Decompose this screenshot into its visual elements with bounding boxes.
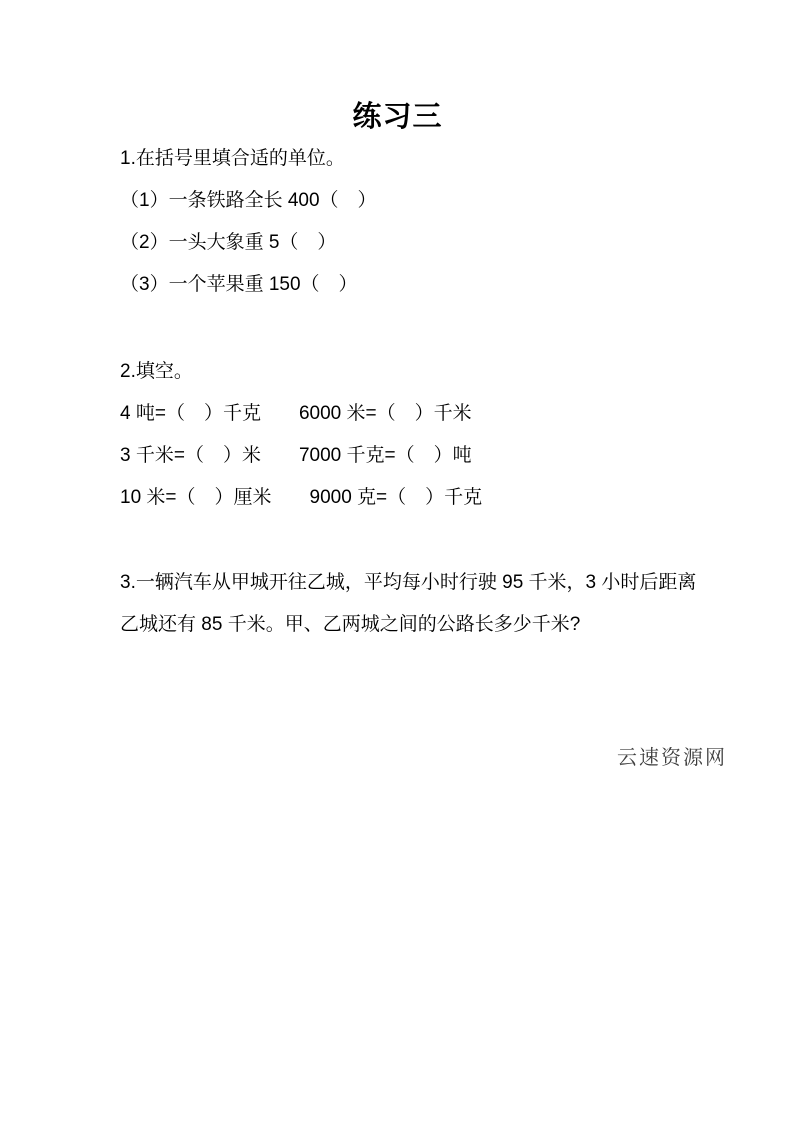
question-3-line-1: 3.一辆汽车从甲城开往乙城，平均每小时行驶 95 千米，3 小时后距离 — [120, 562, 675, 604]
section-fill-units: 1.在括号里填合适的单位。 （1）一条铁路全长 400（ ） （2）一头大象重 … — [120, 138, 675, 306]
question-1-2: （2）一头大象重 5（ ） — [120, 222, 675, 264]
section-word-problem: 3.一辆汽车从甲城开往乙城，平均每小时行驶 95 千米，3 小时后距离 乙城还有… — [120, 562, 675, 646]
question-1-1: （1）一条铁路全长 400（ ） — [120, 180, 675, 222]
worksheet-page: 练习三 1.在括号里填合适的单位。 （1）一条铁路全长 400（ ） （2）一头… — [0, 0, 793, 1122]
page-title: 练习三 — [120, 96, 675, 138]
section-2-heading: 2.填空。 — [120, 351, 675, 393]
question-1-3: （3）一个苹果重 150（ ） — [120, 264, 675, 306]
question-2-2: 3 千米=（ ）米 7000 千克=（ ）吨 — [120, 435, 675, 477]
question-2-1: 4 吨=（ ）千克 6000 米=（ ）千米 — [120, 393, 675, 435]
section-fill-blanks: 2.填空。 4 吨=（ ）千克 6000 米=（ ）千米 3 千米=（ ）米 7… — [120, 351, 675, 519]
question-2-3: 10 米=（ ）厘米 9000 克=（ ）千克 — [120, 477, 675, 519]
question-3-line-2: 乙城还有 85 千米。甲、乙两城之间的公路长多少千米? — [120, 604, 675, 646]
watermark: 云速资源网 — [120, 737, 727, 779]
section-1-heading: 1.在括号里填合适的单位。 — [120, 138, 675, 180]
